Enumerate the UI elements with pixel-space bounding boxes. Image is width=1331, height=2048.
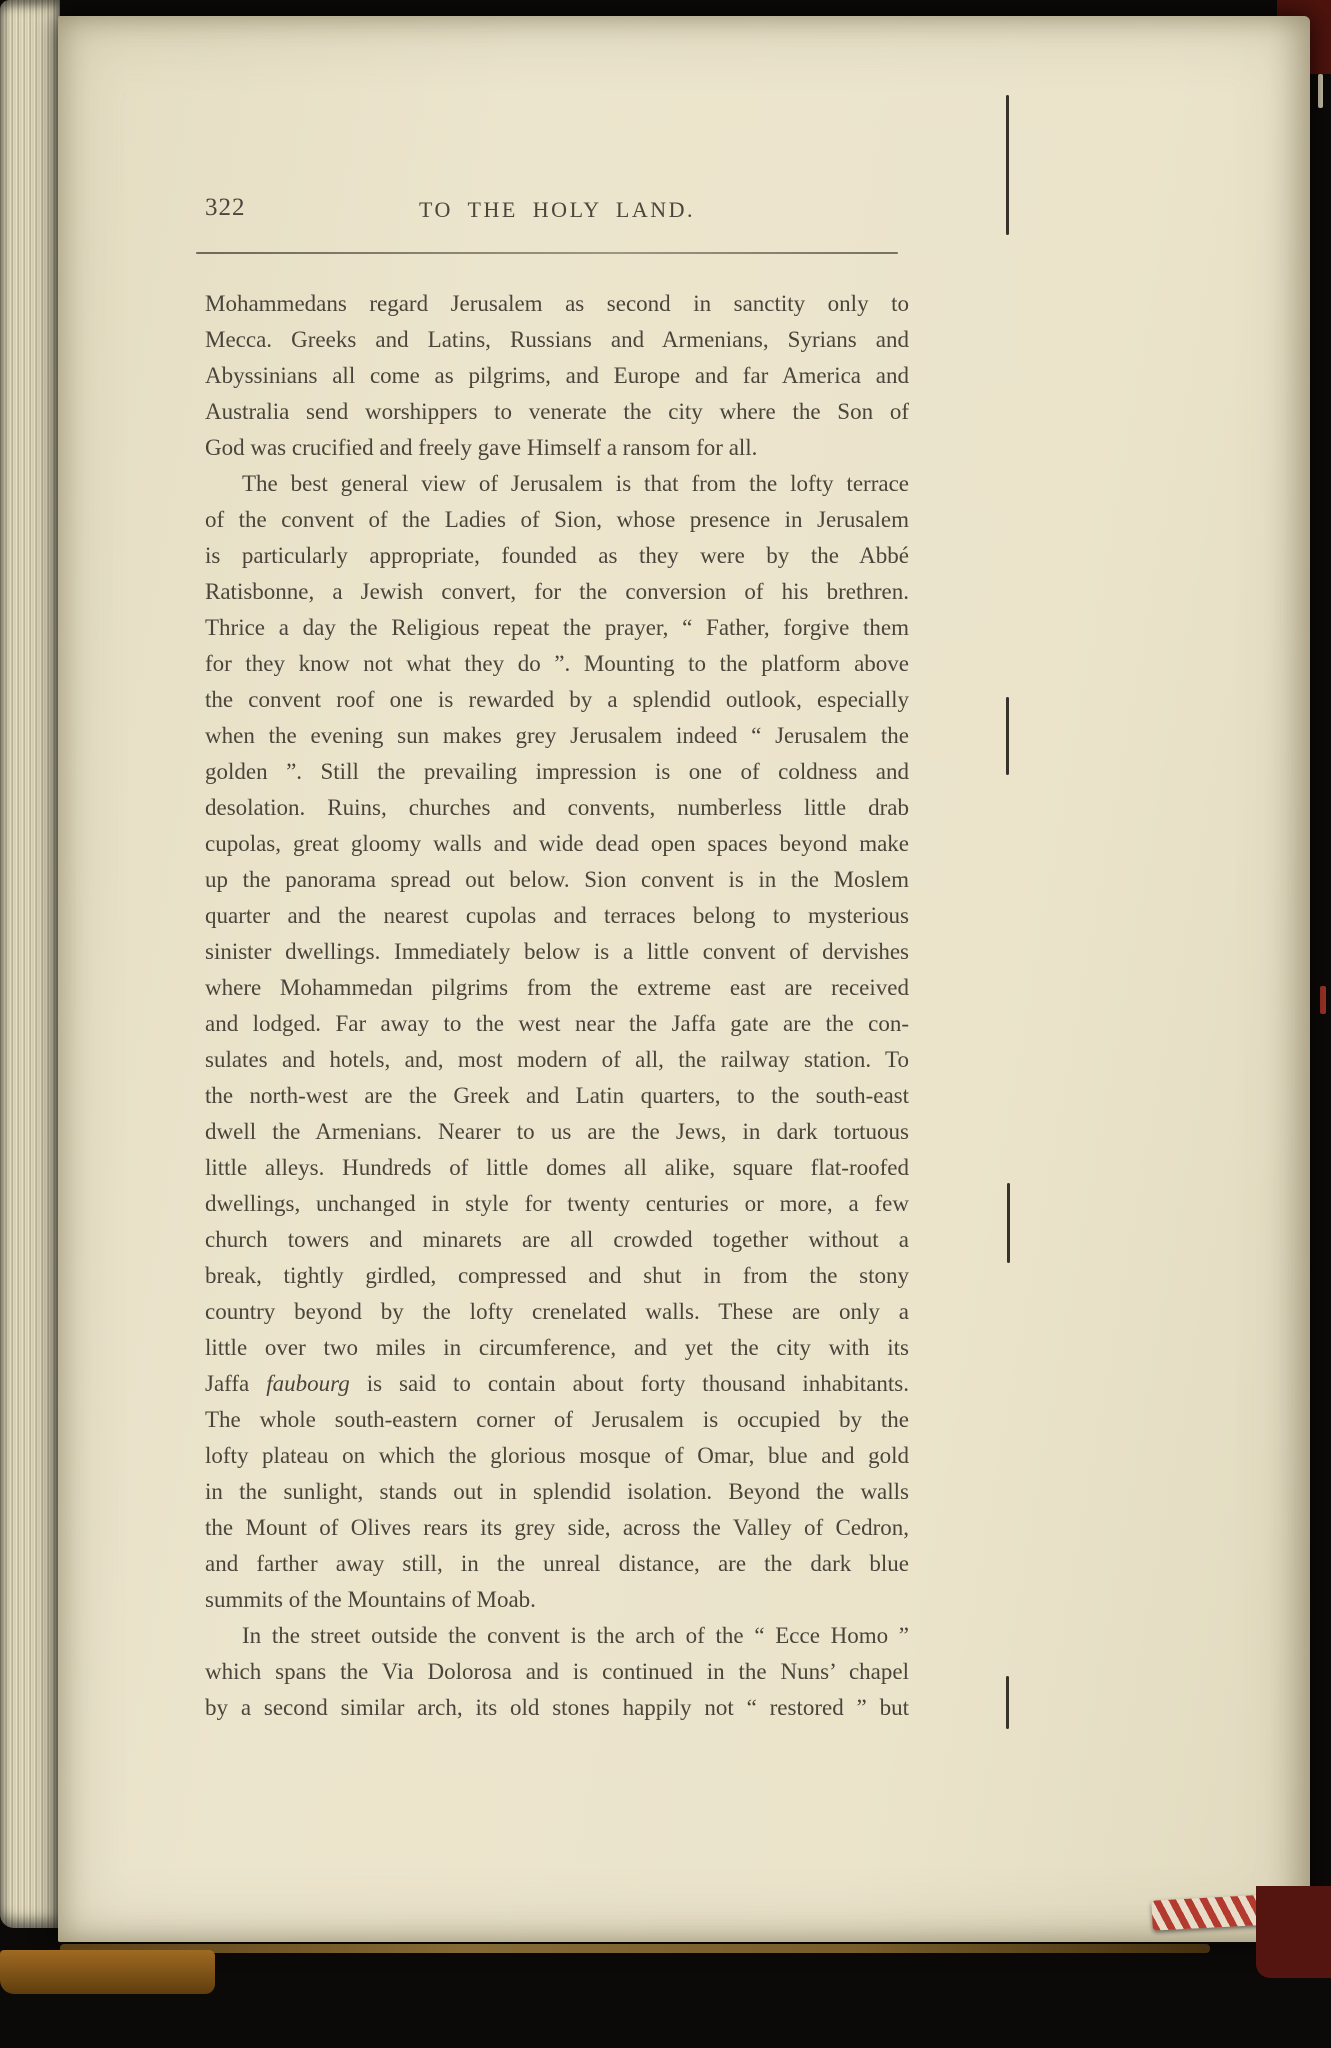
text-line: and lodged. Far away to the west near th…	[205, 1006, 909, 1042]
text-line: summits of the Mountains of Moab.	[205, 1582, 909, 1618]
text-line: for they know not what they do ”. Mounti…	[205, 646, 909, 682]
text-line: and farther away still, in the unreal di…	[205, 1546, 909, 1582]
book-cover-corner-bottom-left	[0, 1950, 215, 1994]
text-line: church towers and minarets are all crowd…	[205, 1222, 909, 1258]
book-cover-bottom-edge	[60, 1944, 1210, 1953]
text-line: Mecca. Greeks and Latins, Russians and A…	[205, 322, 909, 358]
text-line: The whole south-eastern corner of Jerusa…	[205, 1402, 909, 1438]
text-line: the convent roof one is rewarded by a sp…	[205, 682, 909, 718]
text-line: Mohammedans regard Jerusalem as second i…	[205, 286, 909, 322]
running-head: TO THE HOLY LAND.	[205, 197, 909, 223]
text-line: country beyond by the lofty crenelated w…	[205, 1294, 909, 1330]
book-photo: 322 TO THE HOLY LAND. Mohammedans regard…	[0, 0, 1331, 2048]
text-line: up the panorama spread out below. Sion c…	[205, 862, 909, 898]
photo-artifact-mark	[1006, 697, 1009, 775]
text-line: Jaffa faubourg is said to contain about …	[205, 1366, 909, 1402]
text-line: sinister dwellings. Immediately below is…	[205, 934, 909, 970]
text-block: Mohammedans regard Jerusalem as second i…	[205, 286, 909, 1726]
text-line: break, tightly girdled, compressed and s…	[205, 1258, 909, 1294]
text-line: dwell the Armenians. Nearer to us are th…	[205, 1114, 909, 1150]
text-line: Australia send worshippers to venerate t…	[205, 394, 909, 430]
text-line: of the convent of the Ladies of Sion, wh…	[205, 502, 909, 538]
text-line: dwellings, unchanged in style for twenty…	[205, 1186, 909, 1222]
text-line: golden ”. Still the prevailing impressio…	[205, 754, 909, 790]
photo-artifact-mark	[1006, 1676, 1009, 1729]
text-line: cupolas, great gloomy walls and wide dea…	[205, 826, 909, 862]
text-line: the north-west are the Greek and Latin q…	[205, 1078, 909, 1114]
book-page: 322 TO THE HOLY LAND. Mohammedans regard…	[58, 16, 1310, 1942]
text-line: when the evening sun makes grey Jerusale…	[205, 718, 909, 754]
photo-artifact-mark	[1007, 1183, 1010, 1263]
text-line: by a second similar arch, its old stones…	[205, 1690, 909, 1726]
text-line: in the sunlight, stands out in splendid …	[205, 1474, 909, 1510]
text-line: little over two miles in circumference, …	[205, 1330, 909, 1366]
text-line: In the street outside the convent is the…	[205, 1618, 909, 1654]
text-line: the Mount of Olives rears its grey side,…	[205, 1510, 909, 1546]
cover-red-glimpse	[1320, 986, 1326, 1014]
text-line: desolation. Ruins, churches and convents…	[205, 790, 909, 826]
text-line: Ratisbonne, a Jewish convert, for the co…	[205, 574, 909, 610]
text-line: quarter and the nearest cupolas and terr…	[205, 898, 909, 934]
text-line: The best general view of Jerusalem is th…	[205, 466, 909, 502]
text-line: little alleys. Hundreds of little domes …	[205, 1150, 909, 1186]
text-line: where Mohammedan pilgrims from the extre…	[205, 970, 909, 1006]
text-line: God was crucified and freely gave Himsel…	[205, 430, 909, 466]
text-line: is particularly appropriate, founded as …	[205, 538, 909, 574]
book-cover-corner-bottom-right	[1256, 1886, 1331, 1978]
header-rule	[196, 252, 898, 254]
page-edges-stack	[0, 0, 60, 1928]
text-line: Abyssinians all come as pilgrims, and Eu…	[205, 358, 909, 394]
photo-artifact-mark	[1006, 95, 1009, 235]
text-line: sulates and hotels, and, most modern of …	[205, 1042, 909, 1078]
text-line: which spans the Via Dolorosa and is cont…	[205, 1654, 909, 1690]
text-line: lofty plateau on which the glorious mosq…	[205, 1438, 909, 1474]
page-fore-edge-highlight	[1318, 74, 1323, 108]
text-line: Thrice a day the Religious repeat the pr…	[205, 610, 909, 646]
